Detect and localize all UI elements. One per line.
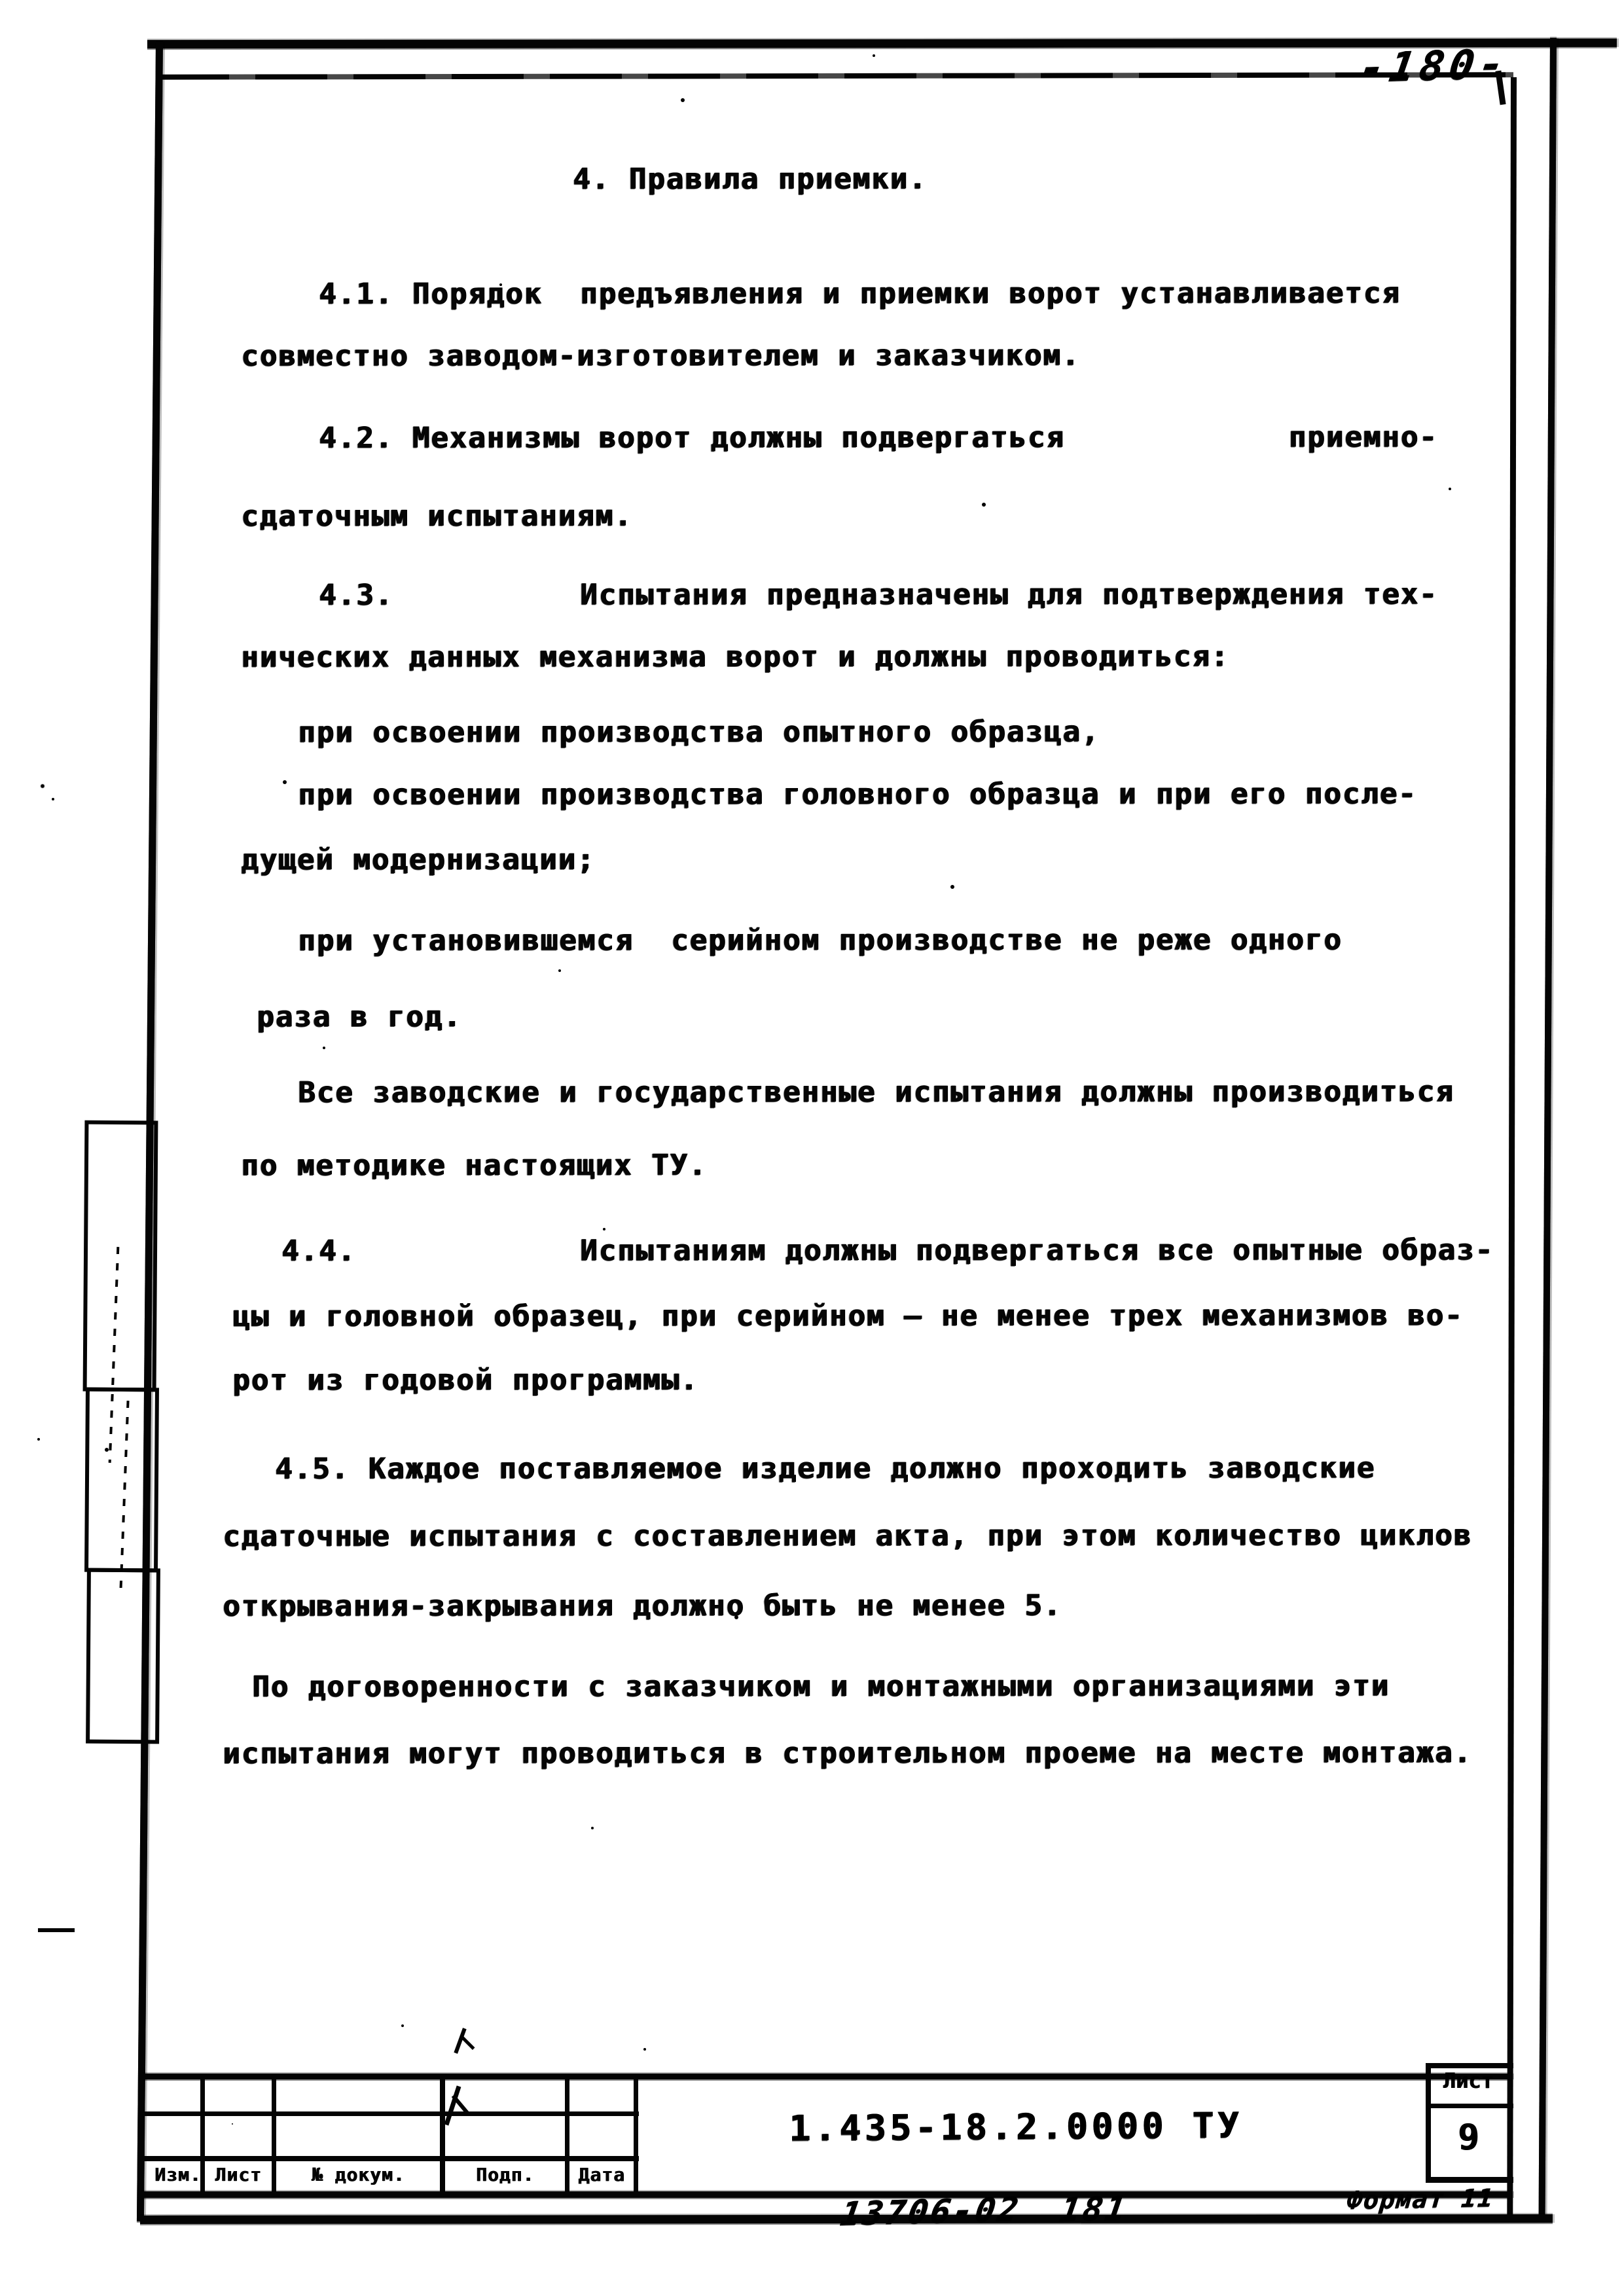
- text-line: по методике настоящих ТУ.: [241, 1147, 707, 1185]
- text-line: Все заводские и государственные испытани…: [298, 1073, 1454, 1112]
- text-line: 4.1. Порядок предъявления и приемки воро…: [319, 274, 1400, 313]
- handwritten-sheet-count: 181: [1057, 2189, 1130, 2229]
- sheetbox-top-line: [1426, 2063, 1513, 2068]
- frame-right-outer-line: [1539, 38, 1557, 2220]
- margin-stamp-box-top: [83, 1121, 158, 1392]
- titleblock-col-line: [440, 2074, 445, 2195]
- text-line: 4.5. Каждое поставляемое изделие должно …: [275, 1449, 1375, 1488]
- titleblock-col-line: [200, 2074, 205, 2195]
- scan-noise: [0, 0, 4, 4]
- stamp-col-list: Лист: [205, 2164, 272, 2185]
- stamp-col-ndokum: № докум.: [276, 2164, 440, 2185]
- text-line: открывания-закрывания должно быть не мен…: [223, 1587, 1062, 1625]
- text-line: 4. Правила приемки.: [573, 160, 927, 198]
- doc-number: 1.435-18.2.0000 ТУ: [789, 2105, 1243, 2149]
- text-line: 4.3. Испытания предназначены для подтвер…: [319, 575, 1437, 614]
- text-line: 4.4. Испытаниям должны подвергаться все …: [281, 1231, 1494, 1270]
- text-line: дущей модернизации;: [241, 841, 595, 879]
- text-line: при освоении производства головного обра…: [298, 775, 1416, 814]
- text-line: По договоренности с заказчиком и монтажн…: [252, 1667, 1390, 1706]
- titleblock-bottom-line: [141, 2191, 1512, 2198]
- stamp-col-podp: Подп.: [445, 2164, 565, 2185]
- text-line: при установившемся серийном производстве…: [298, 921, 1343, 960]
- text-line: при освоении производства опытного образ…: [298, 713, 1100, 751]
- text-line: испытания могут проводиться в строительн…: [223, 1734, 1472, 1773]
- scanned-page: -180- 4. Правила приемки.4.1. Порядок пр…: [0, 0, 1624, 2281]
- sheetbox-divider: [1426, 2104, 1513, 2108]
- margin-stamp-box-bottom: [86, 1568, 160, 1744]
- titleblock-col-line: [565, 2074, 569, 2195]
- handwritten-inventory-number: 13706-02: [838, 2190, 1023, 2233]
- sheetbox-bottom-line: [1426, 2177, 1513, 2183]
- text-line: нических данных механизма ворот и должны…: [241, 638, 1229, 676]
- text-line: раза в год.: [257, 998, 461, 1036]
- titleblock-col-line: [634, 2074, 638, 2195]
- frame-top-inner-line: [157, 72, 1513, 80]
- text-line: рот из годовой программы.: [232, 1361, 698, 1400]
- stamp-col-data: Дата: [569, 2164, 634, 2185]
- sheet-number: 9: [1428, 2117, 1508, 2158]
- stamp-col-izm: Изм.: [154, 2164, 200, 2185]
- titleblock-col-line: [272, 2074, 276, 2195]
- text-line: совместно заводом-изготовителем и заказч…: [241, 336, 1080, 375]
- text-line: 4.2. Механизмы ворот должны подвергаться…: [319, 418, 1437, 457]
- sheet-label: Лист: [1428, 2068, 1508, 2093]
- titleblock-top-line: [143, 2074, 1512, 2079]
- margin-tick: [38, 1928, 75, 1932]
- text-line: сдаточные испытания с составлением акта,…: [223, 1517, 1472, 1556]
- text-line: цы и головной образец, при серийном – не…: [232, 1297, 1463, 1336]
- frame-right-inner-line: [1507, 77, 1517, 2219]
- page-number: -180-: [1356, 40, 1512, 92]
- text-line: сдаточным испытаниям.: [241, 497, 632, 536]
- format-note: Формат 11: [1346, 2183, 1495, 2215]
- handwritten-check-mark: [461, 2036, 475, 2050]
